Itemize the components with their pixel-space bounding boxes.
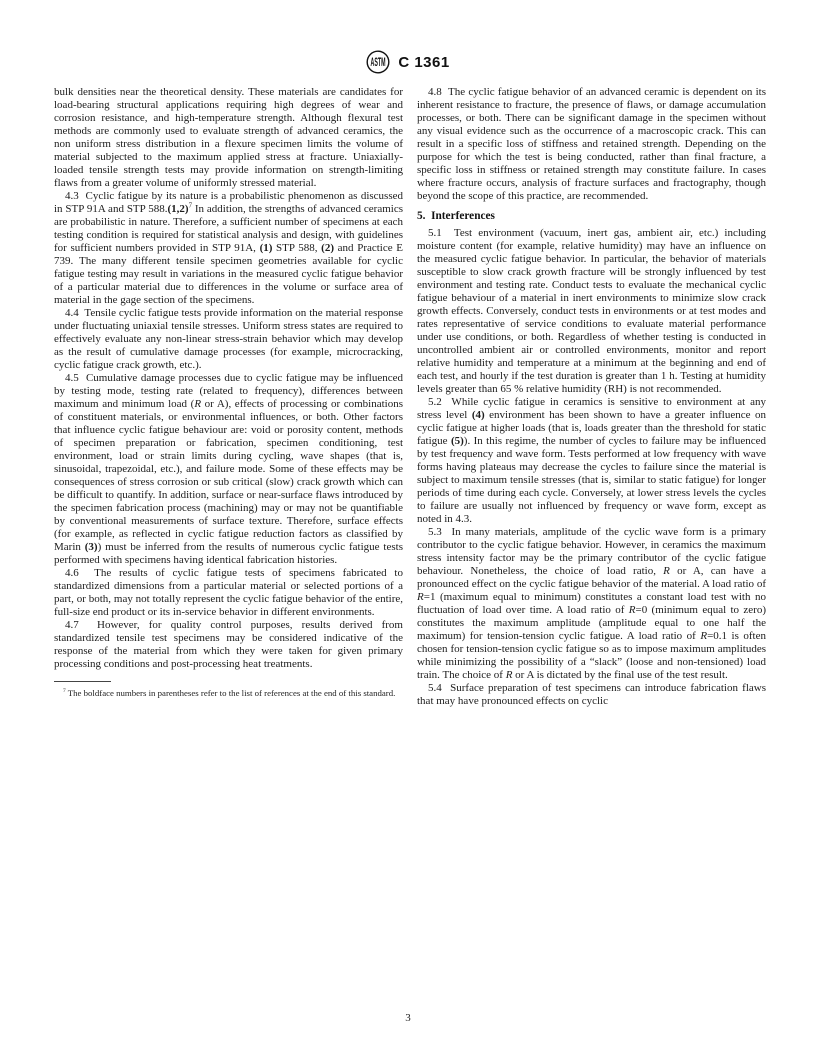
right-column: 4.8 The cyclic fatigue behavior of an ad… <box>417 86 766 708</box>
document-page: ASTM C 1361 bulk densities near the theo… <box>0 0 816 1056</box>
left-column: bulk densities near the theoretical dens… <box>54 86 403 708</box>
paragraph-5-2: 5.2 While cyclic fatigue in ceramics is … <box>417 396 766 526</box>
paragraph-4-8: 4.8 The cyclic fatigue behavior of an ad… <box>417 86 766 203</box>
footnote-7: 7 The boldface numbers in parentheses re… <box>54 688 403 699</box>
astm-logo-icon: ASTM <box>366 50 390 74</box>
page-header: ASTM C 1361 <box>0 50 816 74</box>
section-5-heading: 5. Interferences <box>417 210 766 223</box>
two-column-body: bulk densities near the theoretical dens… <box>54 86 766 708</box>
document-number: C 1361 <box>398 54 449 71</box>
paragraph-4-4: 4.4 Tensile cyclic fatigue tests provide… <box>54 307 403 372</box>
paragraph-4-6: 4.6 The results of cyclic fatigue tests … <box>54 567 403 619</box>
paragraph-4-3: 4.3 Cyclic fatigue by its nature is a pr… <box>54 190 403 307</box>
page-number: 3 <box>405 1012 411 1024</box>
page-footer: 3 <box>0 1012 816 1024</box>
paragraph-4-7: 4.7 However, for quality control purpose… <box>54 619 403 671</box>
paragraph-5-1: 5.1 Test environment (vacuum, inert gas,… <box>417 227 766 396</box>
paragraph-4-5: 4.5 Cumulative damage processes due to c… <box>54 372 403 567</box>
paragraph-5-4: 5.4 Surface preparation of test specimen… <box>417 682 766 708</box>
footnote-separator <box>54 681 111 682</box>
astm-logo-text: ASTM <box>371 57 386 69</box>
paragraph-4-2-continuation: bulk densities near the theoretical dens… <box>54 86 403 190</box>
paragraph-5-3: 5.3 In many materials, amplitude of the … <box>417 526 766 682</box>
